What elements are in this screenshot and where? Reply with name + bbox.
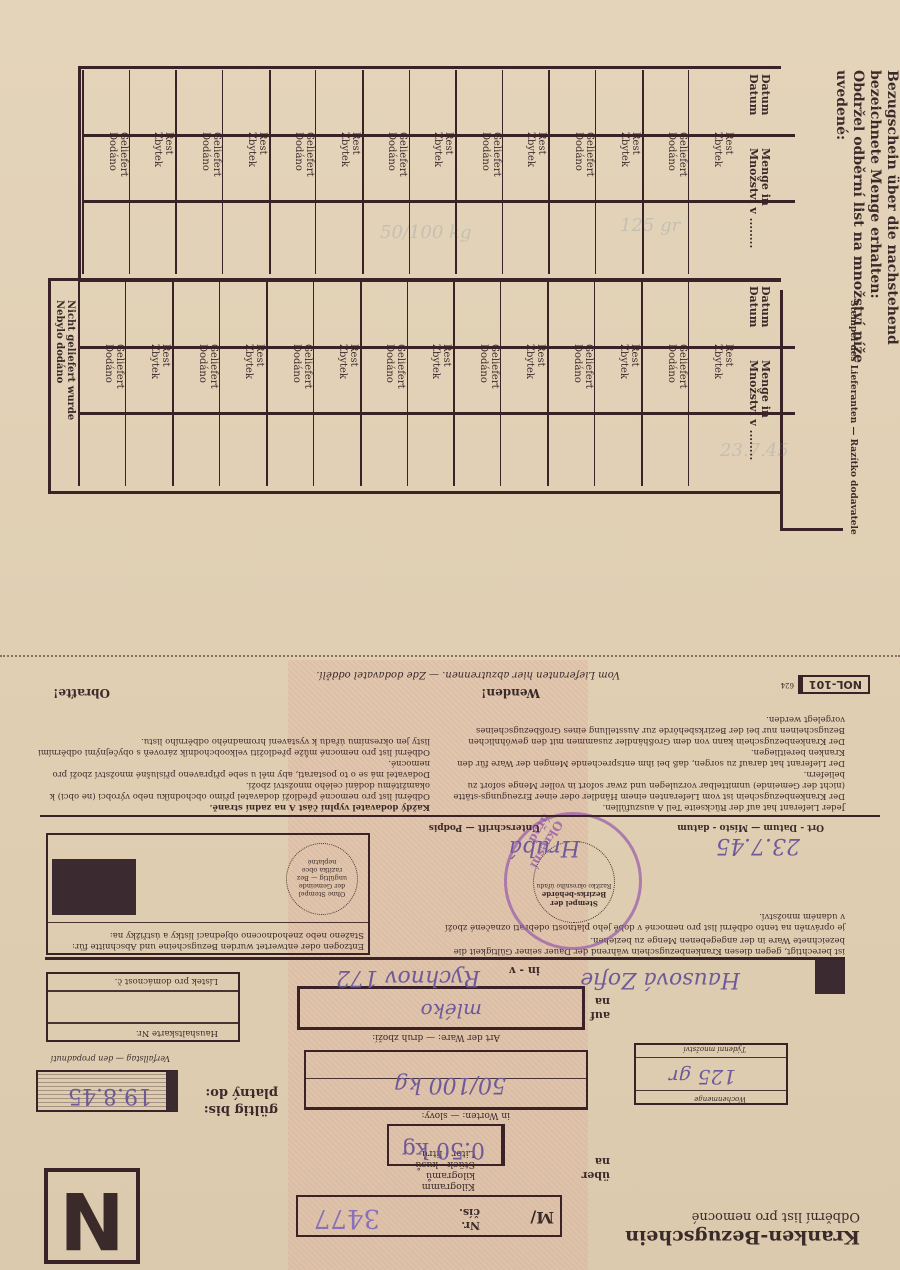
supplier-stamp-label: Stempel des Lieferanten — Razítko dodava… <box>848 300 858 535</box>
table-column: Rest Zbytek <box>125 282 173 486</box>
weekly-label-top: Wochenmenge <box>694 1095 746 1103</box>
big-letter: N <box>48 1174 136 1264</box>
number-box: M/ Nr. čís. 3477 <box>296 1195 562 1237</box>
table-column: Rest Zbytek <box>500 282 548 486</box>
official-signature: Hrubá <box>509 835 580 860</box>
holder-name: Hausová Zofie <box>580 967 740 992</box>
table-column: Rest Zbytek <box>595 70 643 274</box>
valid-until-box: 19.8.45 <box>36 1070 178 1112</box>
table-column: Rest Zbytek <box>407 282 455 486</box>
row-label: Geliefert Dodáno <box>384 344 406 389</box>
household-card-box: Haushaltskarte Nr. Lístek pro domácnost … <box>46 972 240 1042</box>
row-label: Geliefert Dodáno <box>666 344 688 389</box>
row-label: Rest Zbytek <box>524 344 546 379</box>
household-card-label-cz: Lístek pro domácnost č. <box>115 976 218 986</box>
row-label: Rest Zbytek <box>246 132 268 167</box>
row-label: Rest Zbytek <box>339 132 361 167</box>
table-column: Geliefert Dodáno <box>362 70 411 274</box>
date-header-2: Datum Datum <box>747 286 771 327</box>
table-column: Geliefert Dodáno <box>78 282 127 486</box>
corner-mark-right <box>52 859 136 915</box>
valid-until-value: 19.8.45 <box>68 1083 152 1108</box>
table-column: Geliefert Dodáno <box>453 282 502 486</box>
instruction-cz-1: Každý dodavatel vyplní část A na zadní s… <box>30 801 430 812</box>
instruction-cz-4: Odběrní list pro nemocné může předložiti… <box>30 735 430 757</box>
table-column: Geliefert Dodáno <box>642 70 691 274</box>
date-header-1: Datum Datum <box>747 74 771 115</box>
instruction-cz-2: Odběrní list pro nemocné předloží dodava… <box>30 779 430 801</box>
valid-until-de: gültig bis: <box>204 1104 278 1115</box>
row-label: Rest Zbytek <box>152 132 174 167</box>
number-value: 3477 <box>314 1203 380 1233</box>
ration-coupon-section: Kranken-Bezugschein Odběrní list pro nem… <box>0 660 900 1270</box>
row-label: Rest Zbytek <box>618 344 640 379</box>
validity-text-de: ist berechtigt, gegen diesen Krankenbezu… <box>425 934 845 956</box>
row-label: Rest Zbytek <box>430 344 452 379</box>
table-column: Geliefert Dodáno <box>641 282 690 486</box>
table-column: Geliefert Dodáno <box>82 70 131 274</box>
table-column: Rest Zbytek <box>129 70 177 274</box>
amount-words-box: 50/100 kg <box>304 1050 588 1110</box>
withdrawn-text: Entzogen oder entwertet wurden Bezugsche… <box>54 929 364 951</box>
row-label: Rest Zbytek <box>525 132 547 167</box>
row-label: Geliefert Dodáno <box>107 132 129 177</box>
number-label: Nr. čís. <box>459 1206 480 1232</box>
signature-line <box>40 815 880 817</box>
big-letter-box: N <box>44 1168 140 1264</box>
withdrawn-coupons-box: Entzogen oder entwertet wurden Bezugsche… <box>46 833 370 955</box>
table-column: Geliefert Dodáno <box>172 282 221 486</box>
row-label: Rest Zbytek <box>619 132 641 167</box>
row-label: Rest Zbytek <box>432 132 454 167</box>
table-column: Rest Zbytek <box>409 70 457 274</box>
table-column: Rest Zbytek <box>594 282 642 486</box>
table-band-line <box>78 412 795 415</box>
row-label: Geliefert Dodáno <box>103 344 125 389</box>
form-code-box: NOL-101 <box>798 675 870 694</box>
table-column: Rest Zbytek <box>315 70 363 274</box>
row-label: Rest Zbytek <box>337 344 359 379</box>
auf-na-label: auf na <box>590 994 610 1022</box>
qty-header-1: Menge in Množství v ........ <box>747 148 771 248</box>
row-label: Geliefert Dodáno <box>386 132 408 177</box>
table-band-line <box>78 346 795 349</box>
number-prefix: M/ <box>530 1208 554 1227</box>
row-label: Geliefert Dodáno <box>291 344 313 389</box>
goods-type-value: mléko <box>421 999 482 1023</box>
table-column: Rest Zbytek <box>313 282 361 486</box>
form-title-de: Kranken-Bezugschein <box>625 1226 860 1248</box>
table-band-line <box>82 134 795 137</box>
name-line <box>45 957 845 960</box>
table-column: Rest Zbytek <box>688 70 736 274</box>
issue-date: 23.7.45 <box>716 833 800 858</box>
form-title-cz: Odběrní list pro nemocné <box>692 1209 860 1224</box>
household-card-label-de: Haushaltskarte Nr. <box>136 1028 218 1038</box>
delivery-record-section: Bezugschein über die nachstehend bezeich… <box>0 0 900 655</box>
form-code: NOL-101 <box>809 678 862 691</box>
wenden-label: Wenden! <box>481 687 540 698</box>
instruction-de-4: Der Krankenbezugschein kann von dem Groß… <box>445 713 845 746</box>
unit-amount-box: 0.50 kg <box>387 1124 505 1166</box>
supplier-stamp-frame <box>780 290 843 531</box>
date-place-label: Ort - Datum — Místo - datum <box>677 821 824 832</box>
municipality-stamp-circle: Ohne Stempel der Gemeinde ungültig — Bez… <box>286 843 358 915</box>
table-column: Rest Zbytek <box>219 282 267 486</box>
not-delivered-label: Nicht geliefert wurde Nebylo dodáno <box>52 300 76 410</box>
row-label: Geliefert Dodáno <box>478 344 500 389</box>
in-label: in - v <box>509 965 540 976</box>
table-column: Geliefert Dodáno <box>360 282 409 486</box>
instruction-cz-3: Dodavatel má se o to postarati, aby měl … <box>30 757 430 779</box>
validity-text-cz: je oprávněn na tento odběrní list pro ne… <box>445 910 845 932</box>
row-label: Geliefert Dodáno <box>200 132 222 177</box>
corner-mark-left <box>815 960 845 994</box>
row-label: Geliefert Dodáno <box>293 132 315 177</box>
valid-until-sub: Verfallstag — den propadnutí <box>51 1053 170 1064</box>
unit-amount-value: 0.50 kg <box>402 1137 485 1162</box>
obratte-label: Obraťte! <box>53 687 110 698</box>
row-label: Rest Zbytek <box>149 344 171 379</box>
amount-words-value: 50/100 kg <box>394 1072 506 1097</box>
goods-type-box: mléko <box>297 986 585 1030</box>
table-column: Rest Zbytek <box>222 70 270 274</box>
table-column: Geliefert Dodáno <box>269 70 318 274</box>
row-label: Rest Zbytek <box>243 344 265 379</box>
instruction-de-1: Jeder Lieferant hat auf der Rückseite Te… <box>445 801 845 812</box>
table-column: Geliefert Dodáno <box>175 70 224 274</box>
row-label: Geliefert Dodáno <box>572 344 594 389</box>
cut-here-label: Vom Lieferanten hier abzutrennen. — Zde … <box>316 669 620 680</box>
row-label: Geliefert Dodáno <box>666 132 688 177</box>
table-column: Geliefert Dodáno <box>547 282 596 486</box>
table-column: Geliefert Dodáno <box>266 282 315 486</box>
weekly-amount-box: Wochenmenge 125 gr Týdenní množství <box>634 1043 788 1105</box>
district-office-stamp: Stempel der Bezirks-behörde Razítko okre… <box>504 812 642 950</box>
instruction-de-2: Der Krankenbezugschein ist vom Lieferant… <box>445 768 845 801</box>
in-words-label: in Worten: — slovy: <box>421 1109 510 1120</box>
row-label: Geliefert Dodáno <box>573 132 595 177</box>
row-label: Rest Zbytek <box>712 344 734 379</box>
row-label: Geliefert Dodáno <box>197 344 219 389</box>
row-label: Rest Zbytek <box>712 132 734 167</box>
signature-label: Unterschrift — Podpis <box>429 821 540 832</box>
instruction-de-3: Der Lieferant hat darauf zu sorgen, daß … <box>445 746 845 768</box>
table-column: Geliefert Dodáno <box>548 70 597 274</box>
weekly-label-bottom: Týdenní množství <box>684 1045 746 1053</box>
form-code-small: 624 <box>781 679 794 690</box>
table-band-line <box>82 200 795 203</box>
table-column: Geliefert Dodáno <box>455 70 504 274</box>
goods-type-label: Art der Ware: — druh zboží: <box>372 1031 500 1042</box>
table-column: Rest Zbytek <box>502 70 550 274</box>
weekly-value: 125 gr <box>669 1065 736 1089</box>
upper-title-de: Bezugschein über die nachstehend bezeich… <box>866 70 900 380</box>
holder-address: Rychnov 172 <box>336 965 480 990</box>
valid-until-cz: platný do: <box>205 1087 278 1098</box>
row-label: Geliefert Dodáno <box>480 132 502 177</box>
table-column: Rest Zbytek <box>688 282 736 486</box>
uber-na-label: über na <box>582 1154 610 1182</box>
